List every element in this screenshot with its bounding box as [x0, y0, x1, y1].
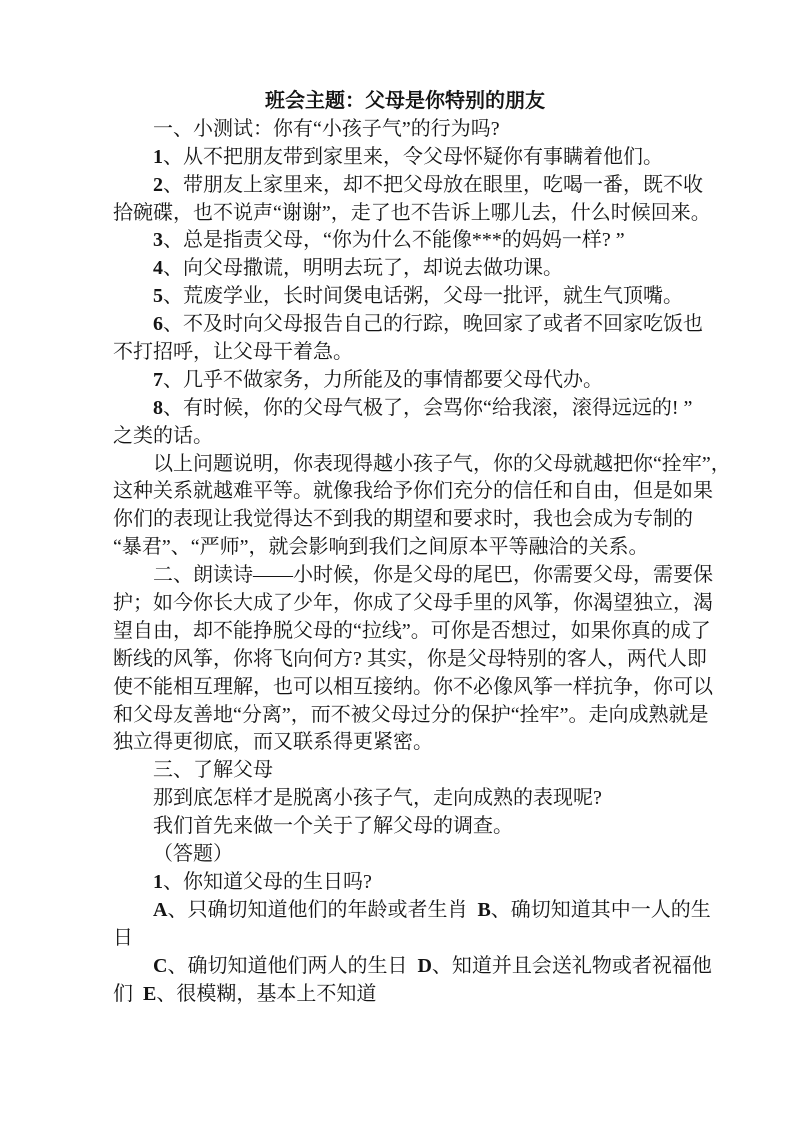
text-line: 之类的话。 [113, 423, 697, 451]
text-segment: 、从不把朋友带到家里来，令父母怀疑你有事瞒着他们。 [163, 146, 663, 168]
text-line: 护；如今你长大成了少年，你成了父母手里的风筝，你渴望独立，渴 [113, 590, 697, 618]
text-line: 7、几乎不做家务，力所能及的事情都要父母代办。 [113, 367, 697, 395]
text-segment: “暴君”、“严师”，就会影响到我们之间原本平等融洽的关系。 [113, 536, 649, 558]
text-segment: 1 [153, 871, 163, 893]
text-segment: 望自由，却不能挣脱父母的“拉线”。可你是否想过，如果你真的成了 [113, 620, 711, 642]
text-segment: 2 [153, 174, 163, 196]
text-segment: 、确切知道其中一人的生 [491, 899, 711, 921]
text-line: 5、荒废学业，长时间煲电话粥，父母一批评，就生气顶嘴。 [113, 283, 697, 311]
text-segment: 独立得更彻底，而又联系得更紧密。 [113, 731, 433, 753]
text-line: 拾碗碟，也不说声“谢谢”，走了也不告诉上哪儿去，什么时候回来。 [113, 200, 697, 228]
text-segment: C [153, 955, 167, 977]
text-segment: 、几乎不做家务，力所能及的事情都要父母代办。 [163, 369, 603, 391]
text-segment: 你们的表现让我觉得达不到我的期望和要求时，我也会成为专制的 [113, 508, 693, 530]
text-segment: 断线的风筝，你将飞向何方? 其实，你是父母特别的客人，两代人即 [113, 648, 707, 670]
document-body: 班会主题：父母是你特别的朋友一、小测试：你有“小孩子气”的行为吗?1、从不把朋友… [113, 88, 697, 1008]
text-line: 4、向父母撒谎，明明去玩了，却说去做功课。 [113, 255, 697, 283]
text-segment: （答题） [153, 843, 233, 865]
text-line: 断线的风筝，你将飞向何方? 其实，你是父母特别的客人，两代人即 [113, 646, 697, 674]
text-segment: 之类的话。 [113, 425, 213, 447]
document-page: 班会主题：父母是你特别的朋友一、小测试：你有“小孩子气”的行为吗?1、从不把朋友… [0, 0, 793, 1122]
text-segment: 以上问题说明，你表现得越小孩子气，你的父母就越把你“拴牢”， [153, 453, 731, 475]
text-segment: 和父母友善地“分离”，而不被父母过分的保护“拴牢”。走向成熟就是 [113, 704, 709, 726]
text-segment: 、有时候，你的父母气极了，会骂你“给我滚，滚得远远的! ” [163, 397, 692, 419]
text-segment: 、知道并且会送礼物或者祝福他 [432, 955, 712, 977]
text-segment: 、总是指责父母，“你为什么不能像***的妈妈一样? ” [163, 229, 625, 251]
text-segment: 那到底怎样才是脱离小孩子气，走向成熟的表现呢? [153, 787, 602, 809]
text-segment: 我们首先来做一个关于了解父母的调查。 [153, 815, 513, 837]
text-line: 这种关系就越难平等。就像我给予你们充分的信任和自由，但是如果 [113, 478, 697, 506]
text-line: 2、带朋友上家里来，却不把父母放在眼里，吃喝一番，既不收 [113, 172, 697, 200]
text-segment: D [417, 955, 431, 977]
text-segment: 、向父母撒谎，明明去玩了，却说去做功课。 [163, 257, 563, 279]
text-line: 你们的表现让我觉得达不到我的期望和要求时，我也会成为专制的 [113, 506, 697, 534]
text-line: （答题） [113, 841, 697, 869]
text-segment: 、你知道父母的生日吗? [163, 871, 372, 893]
text-line: 以上问题说明，你表现得越小孩子气，你的父母就越把你“拴牢”， [113, 451, 697, 479]
text-line: 1、你知道父母的生日吗? [113, 869, 697, 897]
text-segment: 8 [153, 397, 163, 419]
text-segment: 们 [113, 983, 143, 1005]
text-line: 二、朗读诗——小时候，你是父母的尾巴，你需要父母，需要保 [113, 562, 697, 590]
text-line: 6、不及时向父母报告自己的行踪，晚回家了或者不回家吃饭也 [113, 311, 697, 339]
text-segment: A [153, 899, 167, 921]
text-segment: 拾碗碟，也不说声“谢谢”，走了也不告诉上哪儿去，什么时候回来。 [113, 202, 711, 224]
text-segment: 日 [113, 927, 133, 949]
text-segment: 5 [153, 285, 163, 307]
text-segment: 班会主题：父母是你特别的朋友 [265, 90, 545, 112]
text-line: C、确切知道他们两人的生日 D、知道并且会送礼物或者祝福他 [113, 953, 697, 981]
text-segment: 使不能相互理解，也可以相互接纳。你不必像风筝一样抗争，你可以 [113, 676, 713, 698]
text-line: 那到底怎样才是脱离小孩子气，走向成熟的表现呢? [113, 785, 697, 813]
text-line: “暴君”、“严师”，就会影响到我们之间原本平等融洽的关系。 [113, 534, 697, 562]
text-line: 一、小测试：你有“小孩子气”的行为吗? [113, 116, 697, 144]
text-line: A、只确切知道他们的年龄或者生肖 B、确切知道其中一人的生 [113, 897, 697, 925]
text-line: 独立得更彻底，而又联系得更紧密。 [113, 729, 697, 757]
text-line: 使不能相互理解，也可以相互接纳。你不必像风筝一样抗争，你可以 [113, 674, 697, 702]
text-line: 1、从不把朋友带到家里来，令父母怀疑你有事瞒着他们。 [113, 144, 697, 172]
text-line: 3、总是指责父母，“你为什么不能像***的妈妈一样? ” [113, 227, 697, 255]
text-segment: B [477, 899, 490, 921]
text-line: 不打招呼，让父母干着急。 [113, 339, 697, 367]
text-segment: 3 [153, 229, 163, 251]
text-segment: 护；如今你长大成了少年，你成了父母手里的风筝，你渴望独立，渴 [113, 592, 713, 614]
text-line: 们 E、很模糊，基本上不知道 [113, 981, 697, 1009]
text-segment: 不打招呼，让父母干着急。 [113, 341, 353, 363]
text-segment: 4 [153, 257, 163, 279]
text-segment: 、带朋友上家里来，却不把父母放在眼里，吃喝一番，既不收 [163, 174, 703, 196]
text-line: 三、了解父母 [113, 757, 697, 785]
text-line: 日 [113, 925, 697, 953]
text-segment: 、确切知道他们两人的生日 [167, 955, 417, 977]
text-segment: E [143, 983, 156, 1005]
text-line: 我们首先来做一个关于了解父母的调查。 [113, 813, 697, 841]
text-segment: 、荒废学业，长时间煲电话粥，父母一批评，就生气顶嘴。 [163, 285, 683, 307]
text-line: 和父母友善地“分离”，而不被父母过分的保护“拴牢”。走向成熟就是 [113, 702, 697, 730]
text-segment: 1 [153, 146, 163, 168]
text-segment: 、不及时向父母报告自己的行踪，晚回家了或者不回家吃饭也 [163, 313, 703, 335]
text-line: 望自由，却不能挣脱父母的“拉线”。可你是否想过，如果你真的成了 [113, 618, 697, 646]
text-segment: 、只确切知道他们的年龄或者生肖 [167, 899, 477, 921]
text-segment: 二、朗读诗——小时候，你是父母的尾巴，你需要父母，需要保 [153, 564, 713, 586]
text-segment: 这种关系就越难平等。就像我给予你们充分的信任和自由，但是如果 [113, 480, 713, 502]
text-segment: 、很模糊，基本上不知道 [156, 983, 376, 1005]
text-segment: 7 [153, 369, 163, 391]
text-line: 8、有时候，你的父母气极了，会骂你“给我滚，滚得远远的! ” [113, 395, 697, 423]
text-segment: 6 [153, 313, 163, 335]
document-title: 班会主题：父母是你特别的朋友 [113, 88, 697, 116]
text-segment: 三、了解父母 [153, 759, 273, 781]
text-segment: 一、小测试：你有“小孩子气”的行为吗? [153, 118, 500, 140]
